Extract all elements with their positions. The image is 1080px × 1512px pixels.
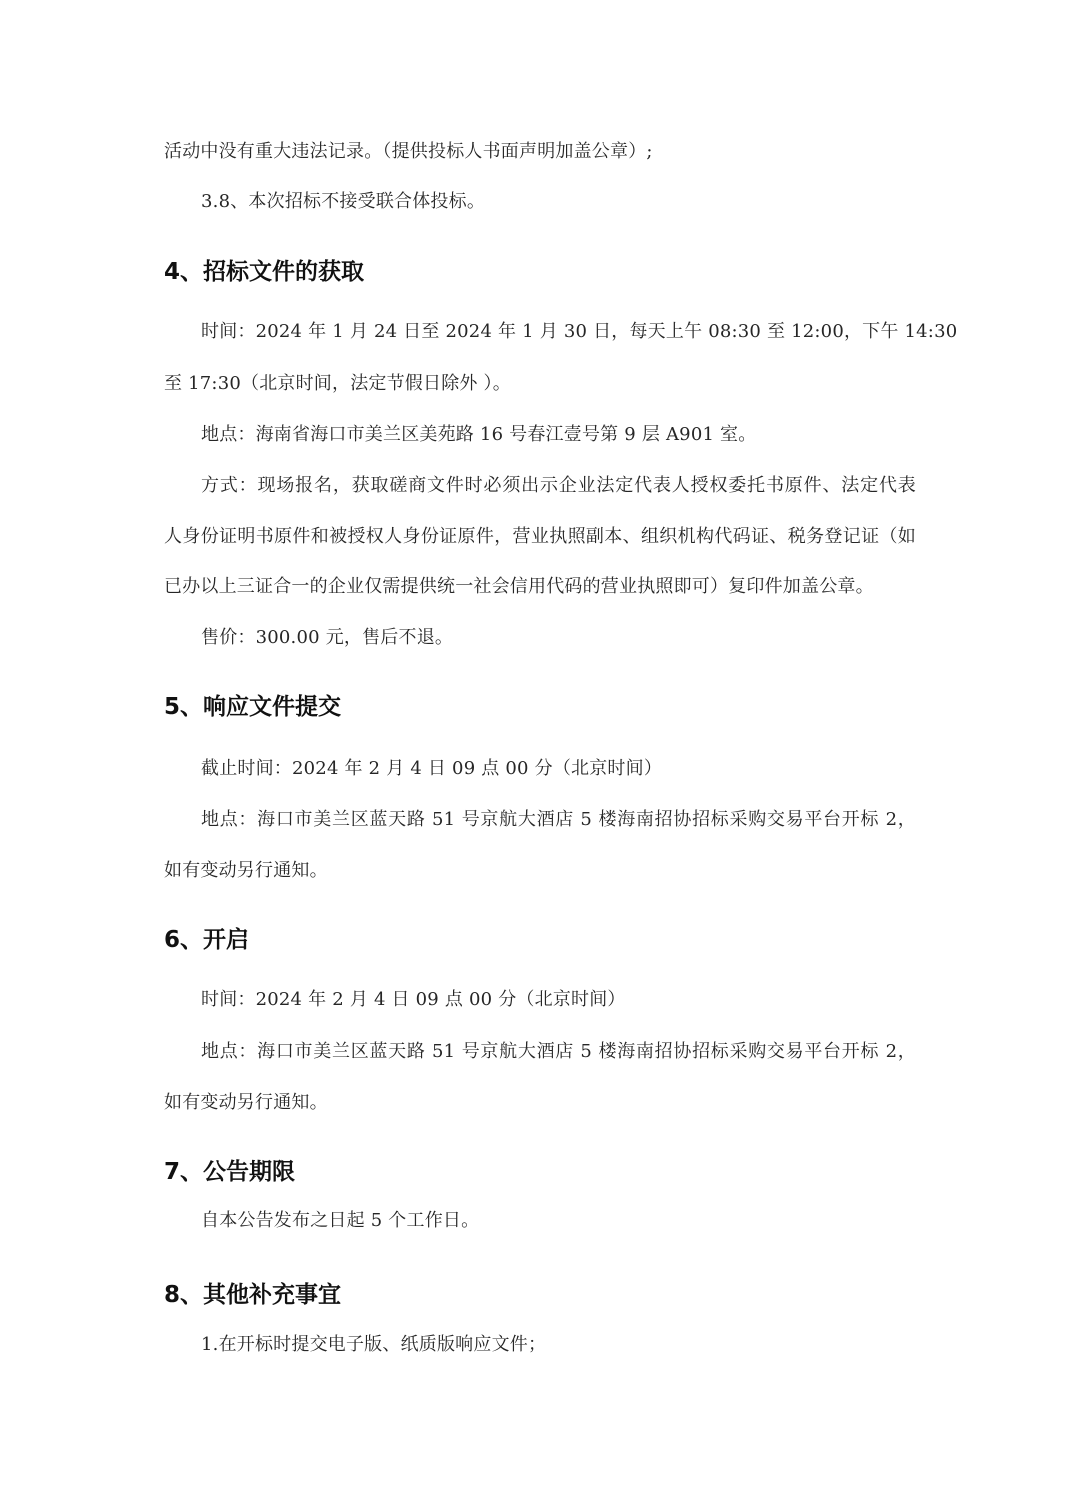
acquisition-method-line-1: 方式：现场报名，获取磋商文件时必须出示企业法定代表人授权委托书原件、法定代表 — [201, 474, 916, 498]
submission-deadline: 截止时间：2024 年 2 月 4 日 09 点 00 分（北京时间） — [201, 757, 662, 781]
acquisition-location: 地点：海南省海口市美兰区美苑路 16 号春江壹号第 9 层 A901 室。 — [201, 423, 756, 447]
opening-time: 时间：2024 年 2 月 4 日 09 点 00 分（北京时间） — [201, 988, 626, 1012]
acquisition-method-line-3: 已办以上三证合一的企业仅需提供统一社会信用代码的营业执照即可）复印件加盖公章。 — [164, 575, 874, 599]
section-heading-6: 6、开启 — [164, 925, 249, 955]
paragraph-line: 活动中没有重大违法记录。（提供投标人书面声明加盖公章）; — [164, 140, 653, 164]
submission-location-text-1: 地点：海口市美兰区蓝天路 51 号京航大酒店 5 楼海南招协招标采购交易平台开标… — [201, 808, 916, 832]
acquisition-time-text-1: 时间：2024 年 1 月 24 日至 2024 年 1 月 30 日，每天上午… — [201, 320, 916, 344]
section-heading-4: 4、招标文件的获取 — [164, 257, 364, 287]
acquisition-time-line-2: 至 17:30（北京时间，法定节假日除外 ）。 — [164, 372, 511, 396]
acquisition-time-line-1: 时间：2024 年 1 月 24 日至 2024 年 1 月 30 日，每天上午… — [201, 320, 916, 344]
opening-location-line-1: 地点：海口市美兰区蓝天路 51 号京航大酒店 5 楼海南招协招标采购交易平台开标… — [201, 1040, 916, 1064]
section-heading-5: 5、响应文件提交 — [164, 692, 341, 722]
opening-location-text-1: 地点：海口市美兰区蓝天路 51 号京航大酒店 5 楼海南招协招标采购交易平台开标… — [201, 1040, 916, 1064]
supplementary-item-1: 1.在开标时提交电子版、纸质版响应文件； — [201, 1333, 546, 1357]
section-heading-8: 8、其他补充事宜 — [164, 1280, 341, 1310]
document-page: 活动中没有重大违法记录。（提供投标人书面声明加盖公章）; 3.8、本次招标不接受… — [0, 0, 1080, 1512]
document-price: 售价：300.00 元，售后不退。 — [201, 626, 453, 650]
submission-location-line-1: 地点：海口市美兰区蓝天路 51 号京航大酒店 5 楼海南招协招标采购交易平台开标… — [201, 808, 916, 832]
opening-location-line-2: 如有变动另行通知。 — [164, 1091, 328, 1115]
section-heading-7: 7、公告期限 — [164, 1157, 295, 1187]
acquisition-method-line-2: 人身份证明书原件和被授权人身份证原件，营业执照副本、组织机构代码证、税务登记证（… — [164, 525, 916, 549]
item-3-8: 3.8、本次招标不接受联合体投标。 — [201, 190, 485, 214]
acquisition-method-text-1: 方式：现场报名，获取磋商文件时必须出示企业法定代表人授权委托书原件、法定代表 — [201, 474, 916, 498]
acquisition-method-text-2: 人身份证明书原件和被授权人身份证原件，营业执照副本、组织机构代码证、税务登记证（… — [164, 525, 916, 549]
announcement-period: 自本公告发布之日起 5 个工作日。 — [201, 1209, 479, 1233]
submission-location-line-2: 如有变动另行通知。 — [164, 859, 328, 883]
